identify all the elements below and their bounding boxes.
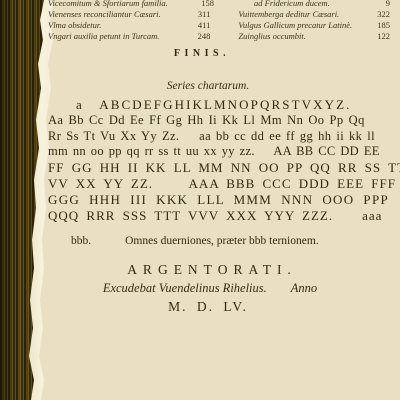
- colophon-imprint-line: Excudebat Vuendelinus Rihelius.Anno: [38, 281, 382, 296]
- colophon-year: M. D. LV.: [36, 299, 380, 315]
- colophon-printer: Excudebat Vuendelinus Rihelius.: [103, 281, 267, 295]
- book-scan: Vicecomitum & Sfortiarum familia. 158 ad…: [0, 0, 400, 400]
- colophon-place: ARGENTORATI.: [40, 262, 384, 278]
- colophon: ARGENTORATI. Excudebat Vuendelinus Rihel…: [48, 0, 392, 400]
- page-content: Vicecomitum & Sfortiarum familia. 158 ad…: [48, 0, 392, 400]
- colophon-anno-label: Anno: [291, 281, 317, 295]
